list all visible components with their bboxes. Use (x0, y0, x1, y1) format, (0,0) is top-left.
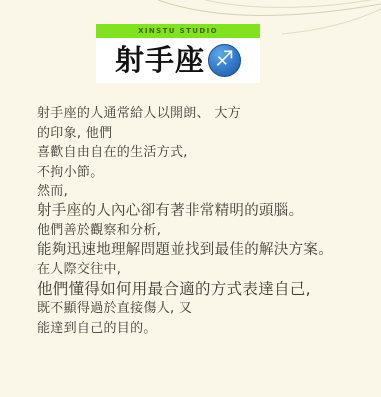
text-line: 能達到自己的目的。 (37, 319, 367, 339)
header: XINSTU STUDIO 射手座 ♐ (96, 24, 260, 83)
text-line: 的印象, 他們 (37, 124, 367, 144)
text-line: 射手座的人通常給人以開朗、 大方 (37, 104, 367, 124)
text-line: 喜歡自由自在的生活方式, (37, 143, 367, 163)
text-line: 既不顯得過於直接傷人, 又 (37, 299, 367, 319)
text-line: 然而, (37, 182, 367, 202)
text-line: 他們善於觀察和分析, (37, 221, 367, 241)
page-title: 射手座 (115, 46, 205, 75)
title-box: 射手座 ♐ (96, 38, 260, 83)
text-line: 能夠迅速地理解問題並找到最佳的解決方案。 (37, 241, 367, 261)
sagittarius-icon: ♐ (208, 44, 241, 77)
text-line: 不拘小節。 (37, 163, 367, 183)
text-line: 射手座的人內心卻有著非常精明的頭腦。 (37, 202, 367, 222)
body-text: 射手座的人通常給人以開朗、 大方的印象, 他們喜歡自由自在的生活方式,不拘小節。… (37, 104, 367, 338)
studio-watermark: XINSTU STUDIO (96, 24, 260, 38)
sagittarius-glyph: ♐ (215, 49, 234, 70)
text-line: 他們懂得如何用最合適的方式表達自己, (37, 280, 367, 300)
text-line: 在人際交往中, (37, 260, 367, 280)
